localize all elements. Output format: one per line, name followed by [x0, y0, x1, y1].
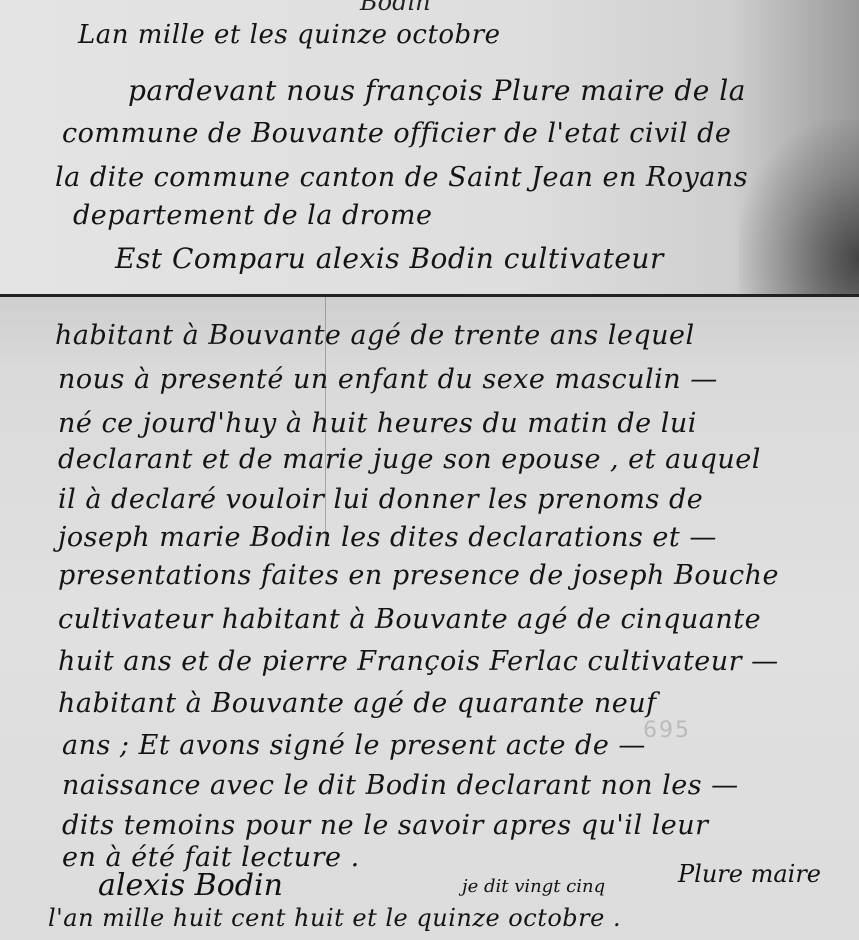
footer-line: l'an mille huit cent huit et le quinze o… — [48, 904, 621, 932]
text-line: il à declaré vouloir lui donner les pren… — [58, 484, 703, 515]
text-line: dits temoins pour ne le savoir apres qu'… — [62, 810, 709, 841]
text-line: commune de Bouvante officier de l'etat c… — [62, 118, 731, 149]
text-line: nous à presenté un enfant du sexe mascul… — [58, 364, 718, 395]
signature-father: alexis Bodin — [98, 868, 283, 903]
text-line: né ce jourd'huy à huit heures du matin d… — [58, 408, 697, 439]
text-line: naissance avec le dit Bodin declarant no… — [62, 770, 739, 801]
text-line: departement de la drome — [73, 200, 432, 231]
text-line: huit ans et de pierre François Ferlac cu… — [58, 646, 779, 677]
signature-mayor: Plure maire — [678, 860, 821, 888]
marginal-note: je dit vingt cinq — [462, 876, 605, 897]
text-line: pardevant nous françois Plure maire de l… — [128, 74, 746, 107]
text-line: cultivateur habitant à Bouvante agé de c… — [58, 604, 761, 635]
text-line: declarant et de marie juge son epouse , … — [58, 444, 761, 475]
text-line: presentations faites en presence de jose… — [58, 560, 779, 591]
text-line: Est Comparu alexis Bodin cultivateur — [115, 242, 664, 275]
text-line: Lan mille et les quinze octobre — [78, 20, 501, 50]
header-fragment: Bodin — [360, 0, 431, 16]
text-line: ans ; Et avons signé le present acte de … — [62, 730, 646, 761]
text-line: habitant à Bouvante agé de trente ans le… — [55, 320, 695, 351]
text-line: habitant à Bouvante agé de quarante neuf — [58, 688, 657, 719]
archive-stamp: 695 — [643, 718, 691, 743]
scanned-document-page: Bodin Lan mille et les quinze octobre pa… — [0, 0, 859, 940]
text-line: la dite commune canton de Saint Jean en … — [55, 162, 748, 193]
text-line: joseph marie Bodin les dites declaration… — [58, 522, 717, 553]
